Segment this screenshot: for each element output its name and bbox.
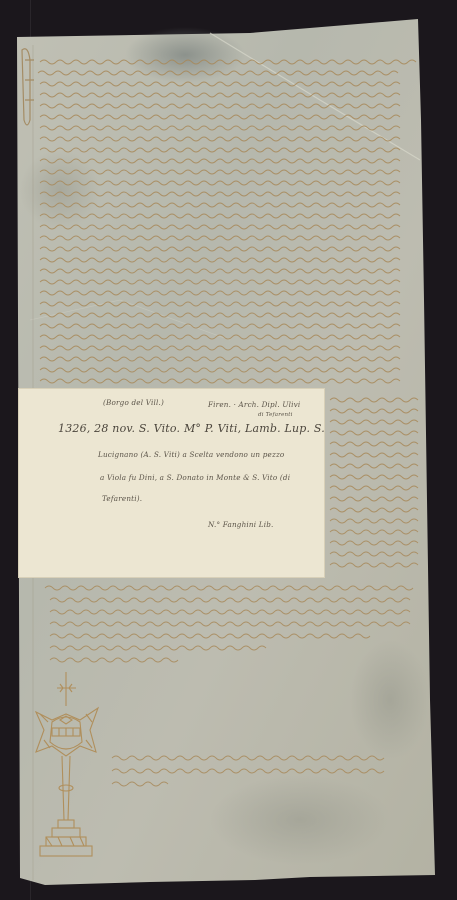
label-locality: (Borgo del Vill.) <box>103 398 164 407</box>
label-archive-ref: Firen. · Arch. Dipl. Ulivi <box>208 400 300 409</box>
archival-label: (Borgo del Vill.) Firen. · Arch. Dipl. U… <box>18 388 325 578</box>
label-date-line: 1326, 28 nov. S. Vito. M° P. Viti, Lamb.… <box>58 422 325 435</box>
label-text-line-3: Tefarenti). <box>102 494 142 503</box>
label-text-line-2: a Viola fu Dini, a S. Donato in Monte & … <box>100 473 290 482</box>
label-text-line-1: Lucignano (A. S. Viti) a Scelta vendono … <box>98 450 284 459</box>
label-signature: N.° Fanghini Lib. <box>208 520 274 529</box>
label-archive-sub: di Tefarenti <box>258 412 293 418</box>
